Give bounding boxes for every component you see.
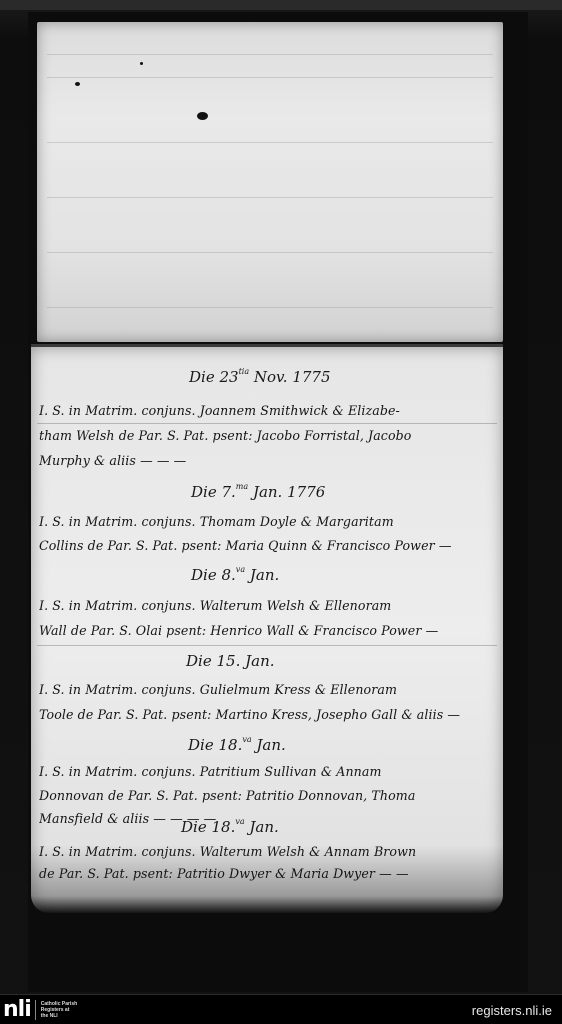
ruled-line [37, 423, 497, 424]
entry-text-line: Murphy & aliis — — — [39, 453, 499, 468]
entry-text-line: I. S. in Matrim. conjuns. Walterum Welsh… [39, 844, 499, 859]
entry-text-line: I. S. in Matrim. conjuns. Walterum Welsh… [39, 598, 499, 613]
entry-date: Die 15. Jan. [186, 652, 275, 670]
entry-text-line: I. S. in Matrim. conjuns. Gulielmum Kres… [39, 682, 499, 697]
register-page: Die 23tia Nov. 1775 I. S. in Matrim. con… [31, 347, 503, 913]
upper-blank-page [37, 22, 503, 342]
ruled-line [37, 645, 497, 646]
faint-ruled-line [47, 54, 493, 55]
entry-text-line: I. S. in Matrim. conjuns. Thomam Doyle &… [39, 514, 499, 529]
ink-blot [140, 62, 143, 65]
nli-logo-link[interactable]: nli Catholic Parish Registers at the NLI [3, 999, 81, 1021]
entry-text-line: I. S. in Matrim. conjuns. Joannem Smithw… [39, 403, 499, 418]
entry-date: Die 18.va Jan. [181, 817, 279, 836]
entry-text-line: tham Welsh de Par. S. Pat. psent: Jacobo… [39, 428, 499, 443]
entry-text-line: Collins de Par. S. Pat. psent: Maria Qui… [39, 538, 499, 553]
viewer-top-strip [0, 0, 562, 10]
entry-text-line: Wall de Par. S. Olai psent: Henrico Wall… [39, 623, 499, 638]
ink-blot [75, 82, 80, 86]
entry-text-line: Donnovan de Par. S. Pat. psent: Patritio… [39, 788, 499, 803]
logo-divider [35, 1000, 36, 1020]
faint-ruled-line [47, 142, 493, 143]
entry-date: Die 18.va Jan. [188, 735, 286, 754]
entry-date: Die 23tia Nov. 1775 [189, 367, 331, 386]
faint-ruled-line [47, 197, 493, 198]
site-footer: nli Catholic Parish Registers at the NLI… [0, 994, 562, 1024]
faint-ruled-line [47, 307, 493, 308]
faint-ruled-line [47, 252, 493, 253]
faint-ruled-line [47, 77, 493, 78]
entry-date: Die 8.va Jan. [191, 565, 279, 584]
nli-logo-icon: nli [3, 999, 31, 1021]
entry-text-line: Toole de Par. S. Pat. psent: Martino Kre… [39, 707, 499, 722]
entry-text-line: de Par. S. Pat. psent: Patritio Dwyer & … [39, 866, 499, 881]
entry-text-line: I. S. in Matrim. conjuns. Patritium Sull… [39, 764, 499, 779]
site-url-link[interactable]: registers.nli.ie [472, 1003, 552, 1018]
logo-caption: Catholic Parish Registers at the NLI [41, 1001, 81, 1019]
image-viewer[interactable]: Die 23tia Nov. 1775 I. S. in Matrim. con… [0, 0, 562, 994]
ink-blot [197, 112, 208, 120]
entry-date: Die 7.ma Jan. 1776 [191, 482, 325, 501]
